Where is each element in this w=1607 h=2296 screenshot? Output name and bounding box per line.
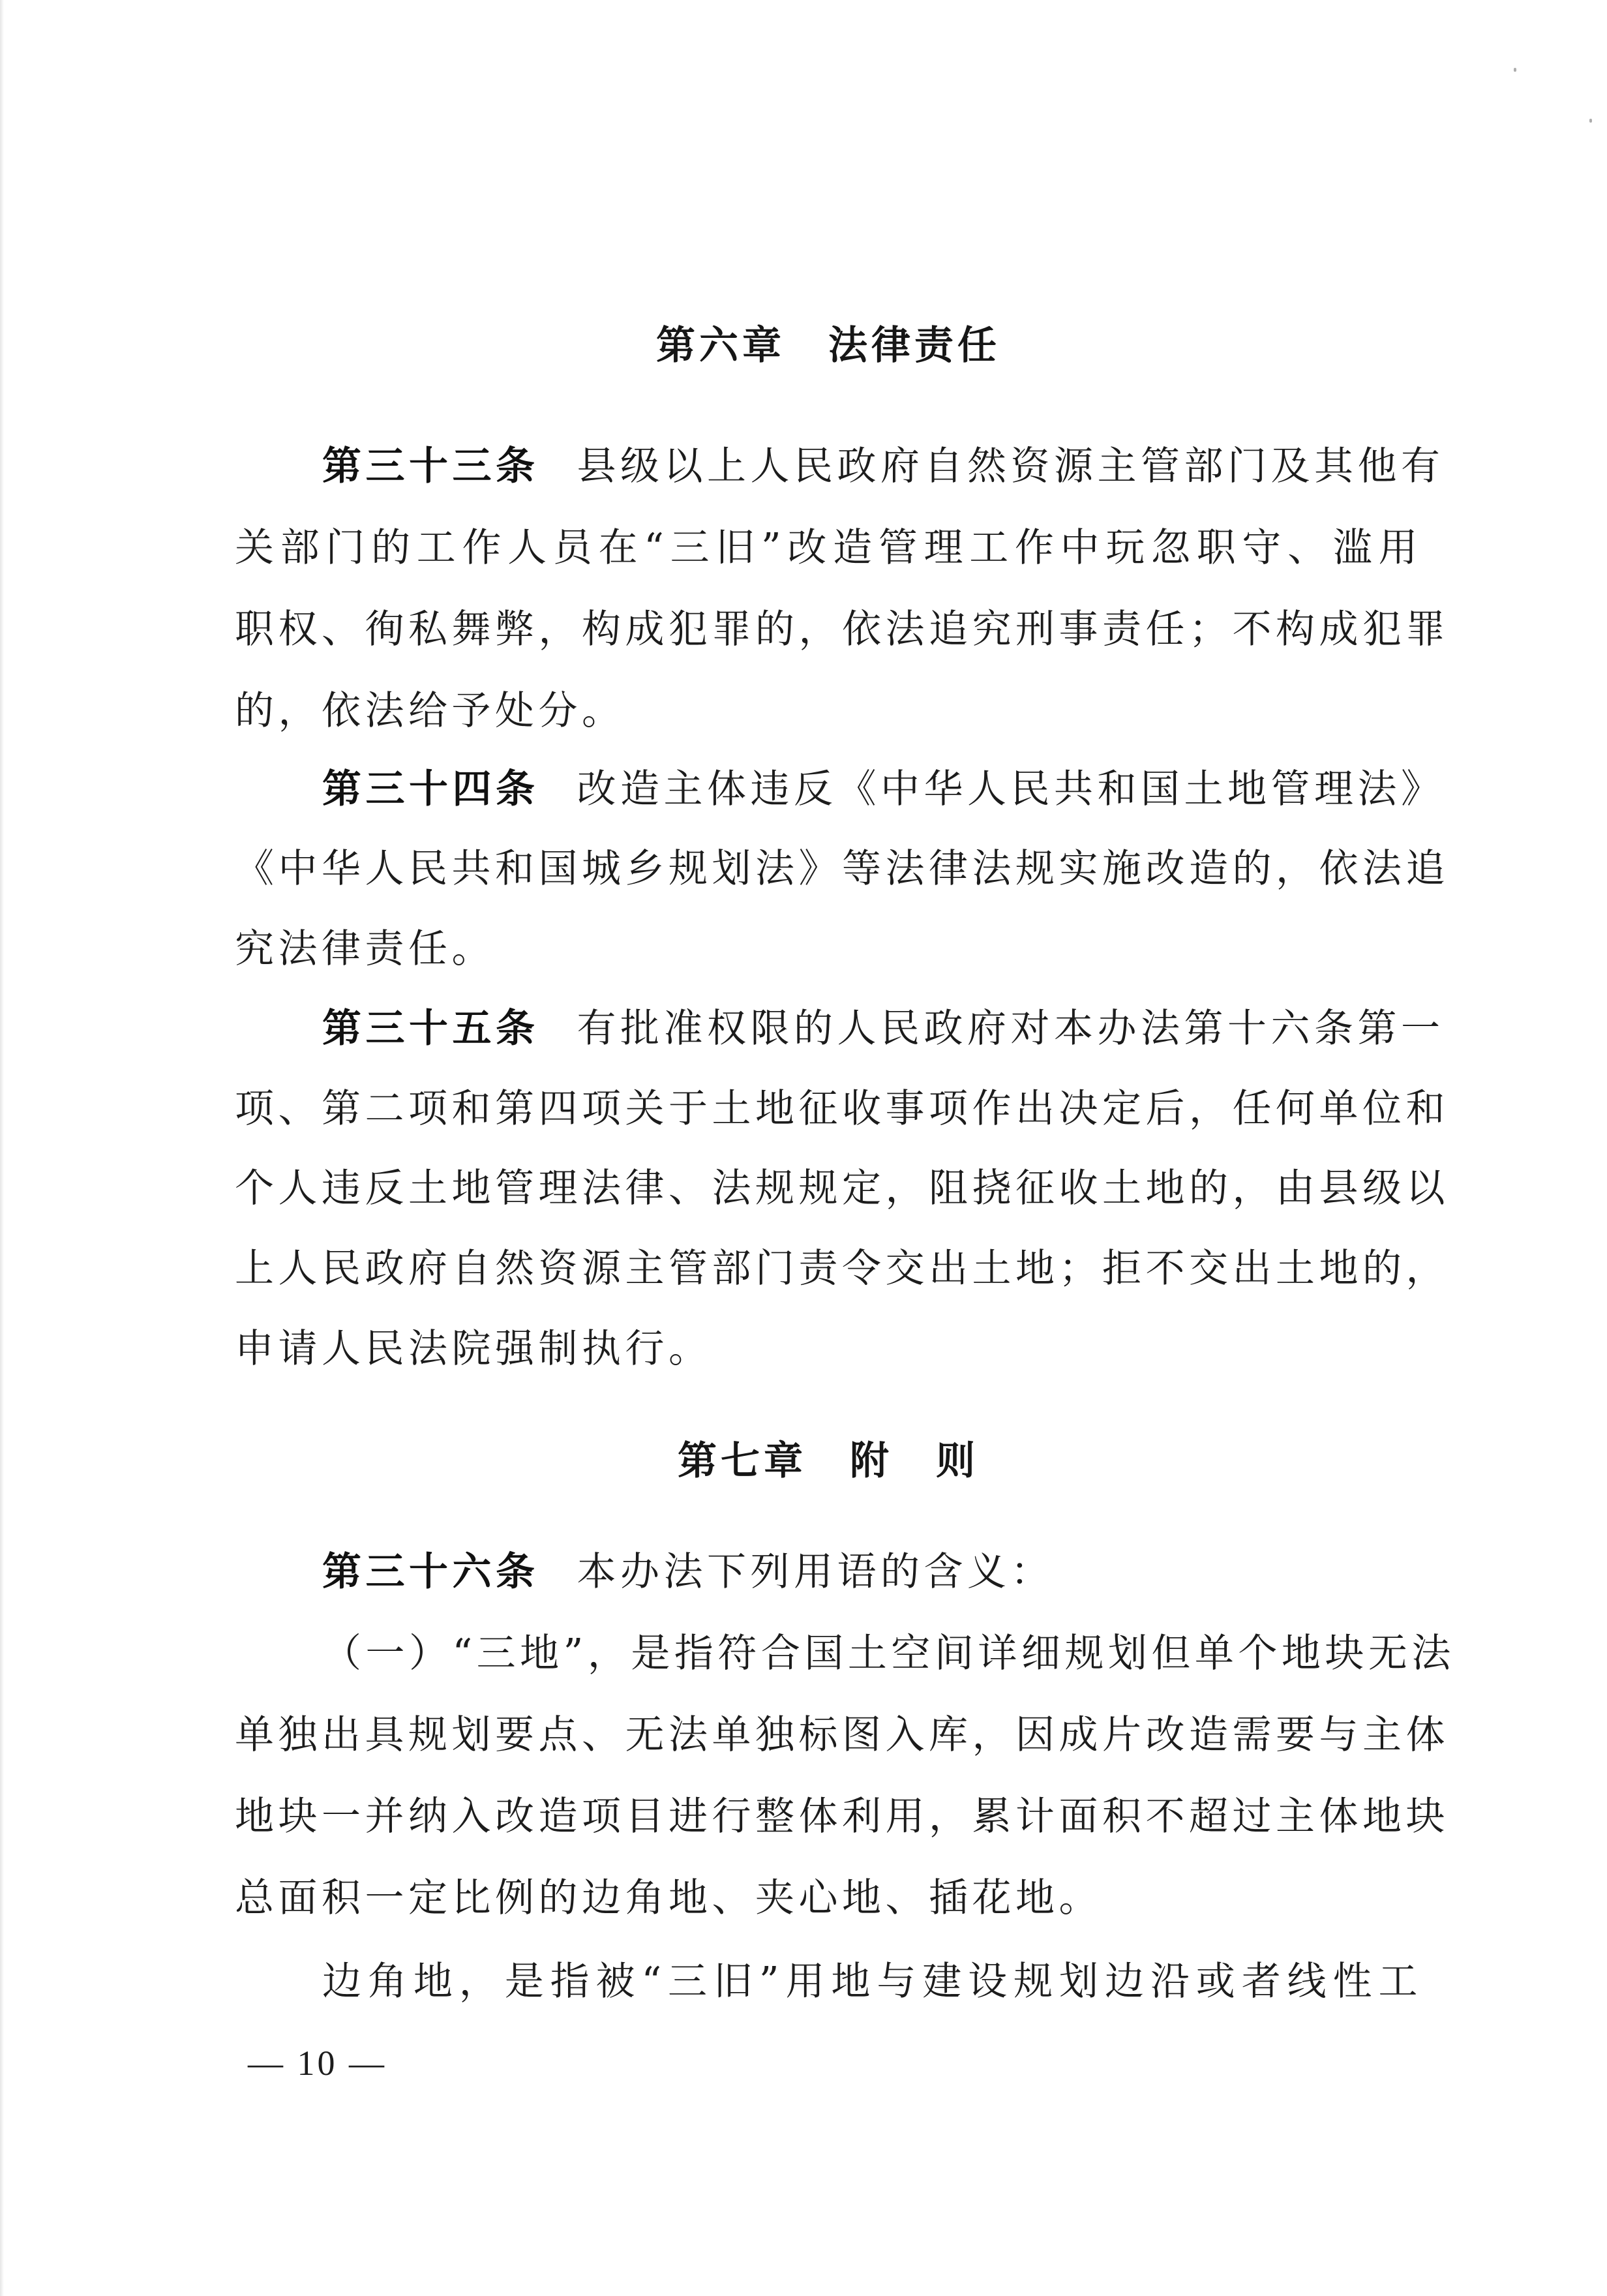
article-35-line-1: 第三十五条有批准权限的人民政府对本办法第十六条第一 <box>235 1003 1422 1055</box>
article-text: 本办法下列用语的含义： <box>577 1549 1055 1595</box>
article-text: 有批准权限的人民政府对本办法第十六条第一 <box>577 1006 1445 1051</box>
article-label: 第三十六条 <box>322 1549 539 1595</box>
article-34-line-1: 第三十四条改造主体违反《中华人民共和国土地管理法》 <box>235 763 1422 815</box>
article-34-line-2: 《中华人民共和国城乡规划法》等法律法规实施改造的，依法追 <box>235 843 1422 895</box>
article-35-line-3: 个人违反土地管理法律、法规规定，阻挠征收土地的，由县级以 <box>235 1162 1422 1215</box>
definition-1-line-4: 总面积一定比例的边角地、夹心地、插花地。 <box>235 1872 1422 1924</box>
definition-1-line-1: （一）“三地”，是指符合国土空间详细规划但单个地块无法 <box>235 1627 1422 1680</box>
scan-edge <box>0 0 4 2296</box>
article-34-line-3: 究法律责任。 <box>235 923 1422 975</box>
chapter-heading: 第六章 法律责任 <box>235 320 1422 372</box>
article-label: 第三十四条 <box>322 766 539 812</box>
article-33-line-2: 关部门的工作人员在“三旧”改造管理工作中玩忽职守、滥用 <box>235 522 1422 574</box>
article-33-line-3: 职权、徇私舞弊，构成犯罪的，依法追究刑事责任；不构成犯罪 <box>235 603 1422 656</box>
article-text: 县级以上人民政府自然资源主管部门及其他有 <box>577 444 1445 489</box>
article-35-line-2: 项、第二项和第四项关于土地征收事项作出决定后，任何单位和 <box>235 1083 1422 1135</box>
article-label: 第三十三条 <box>322 444 539 489</box>
page-number: — 10 — <box>248 2040 387 2086</box>
article-35-line-4: 上人民政府自然资源主管部门责令交出土地；拒不交出土地的， <box>235 1243 1422 1295</box>
article-33-line-1: 第三十三条县级以上人民政府自然资源主管部门及其他有 <box>235 440 1422 492</box>
definition-1-line-3: 地块一并纳入改造项目进行整体利用，累计面积不超过主体地块 <box>235 1790 1422 1843</box>
scan-speck <box>1589 119 1592 123</box>
article-33-line-4: 的，依法给予处分。 <box>235 685 1422 737</box>
definition-1-line-2: 单独出具规划要点、无法单独标图入库，因成片改造需要与主体 <box>235 1709 1422 1761</box>
article-36-line-1: 第三十六条本办法下列用语的含义： <box>235 1546 1422 1598</box>
scan-speck <box>1514 68 1516 72</box>
article-label: 第三十五条 <box>322 1006 539 1051</box>
article-35-line-5: 申请人民法院强制执行。 <box>235 1323 1422 1375</box>
chapter-heading: 第七章 附 则 <box>235 1435 1422 1487</box>
article-text: 改造主体违反《中华人民共和国土地管理法》 <box>577 766 1445 812</box>
corner-land-line-1: 边角地，是指被“三旧”用地与建设规划边沿或者线性工 <box>235 1956 1422 2008</box>
